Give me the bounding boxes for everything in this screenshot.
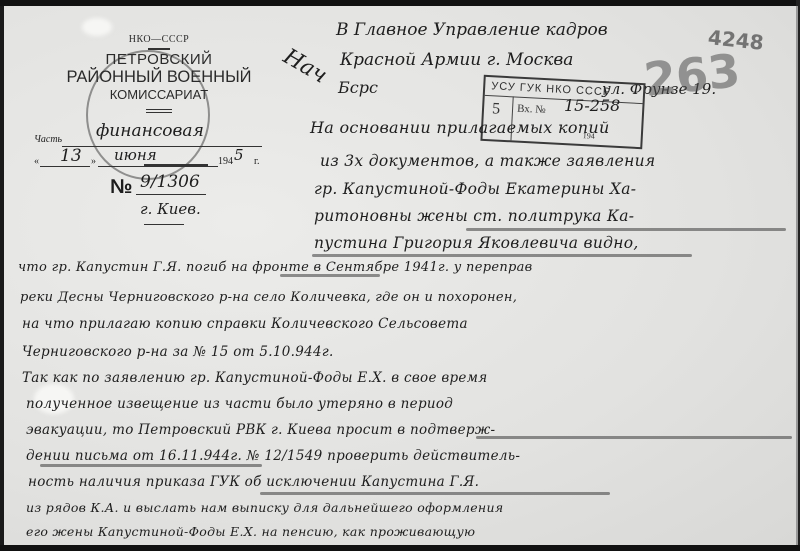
body-line-2: из 3х документов, а также заявления <box>320 152 656 170</box>
stamp-section: 5 <box>492 100 501 118</box>
body-line-6: что гр. Капустин Г.Я. погиб на фронте в … <box>18 260 533 275</box>
body-line-10: Так как по заявлению гр. Капустиной-Фоды… <box>22 370 487 386</box>
pencil-underline <box>466 228 786 231</box>
body-line-9: Черниговского р-на за № 15 от 5.10.944г. <box>22 344 334 360</box>
registration-stamp: УСУ ГУК НКО СССР 5 Вх. № 194 <box>480 75 645 149</box>
date-month: июня <box>114 146 157 164</box>
date-suffix: г. <box>254 156 259 167</box>
body-line-1: На основании прилагаемых копий <box>310 118 610 137</box>
body-line-14: ность наличия приказа ГУК об исключении … <box>28 474 479 490</box>
body-line-15: из рядов К.А. и выслать нам выписку для … <box>26 500 503 515</box>
body-line-4: ритоновны жены ст. политрука Ка- <box>314 207 634 225</box>
letterhead-org: НКО—СССР <box>44 34 274 45</box>
stamp-ex-value: 15-258 <box>564 96 620 115</box>
number-value: 9/1306 <box>140 172 200 192</box>
body-line-8: на что прилагаю копию справки Количевско… <box>22 316 468 332</box>
part-label: Часть <box>34 134 62 145</box>
body-line-11: полученное извещение из части было утеря… <box>26 396 453 412</box>
pencil-underline <box>40 464 262 467</box>
date-month-line <box>98 166 218 167</box>
pencil-number-large: 263 <box>641 43 742 107</box>
letterhead-line2: РАЙОННЫЙ ВОЕННЫЙ <box>44 68 274 86</box>
number-top-rule <box>144 164 208 166</box>
number-label: № <box>110 176 132 199</box>
date-quote-open: « <box>34 156 39 167</box>
date-year-hand: 5 <box>234 146 244 164</box>
stamp-ex-label: Вх. № <box>517 103 546 116</box>
document-sheet: НКО—СССР ПЕТРОВСКИЙ РАЙОННЫЙ ВОЕННЫЙ КОМ… <box>4 6 798 546</box>
date-quote-close: » <box>91 156 96 167</box>
body-line-12: эвакуации, то Петровский РВК г. Киева пр… <box>26 422 495 438</box>
pencil-underline <box>312 254 692 257</box>
part-value: финансовая <box>96 121 204 141</box>
addressee-note: Бсрс <box>338 78 378 97</box>
place-underline <box>144 224 184 225</box>
body-line-16: его жены Капустиной-Фоды Е.Х. на пенсию,… <box>26 524 475 539</box>
number-line <box>136 194 206 195</box>
pencil-underline <box>280 274 380 277</box>
addressee-line1: В Главное Управление кадров <box>336 20 608 40</box>
body-line-5: пустина Григория Яковлевича видно, <box>314 234 639 252</box>
place-value: г. Киев. <box>140 200 201 218</box>
date-day: 13 <box>60 146 82 166</box>
letterhead-rule <box>148 48 170 50</box>
pencil-underline <box>476 436 792 439</box>
letterhead: НКО—СССР ПЕТРОВСКИЙ РАЙОННЫЙ ВОЕННЫЙ КОМ… <box>44 34 274 118</box>
date-year-prefix: 194 <box>218 156 233 167</box>
body-line-13: дении письма от 16.11.944г. № 12/1549 пр… <box>26 448 520 464</box>
letterhead-line1: ПЕТРОВСКИЙ <box>44 52 274 68</box>
margin-note: Нач <box>279 44 331 89</box>
letterhead-double-rule <box>146 109 172 113</box>
pencil-underline <box>260 492 610 495</box>
date-day-line <box>40 166 90 167</box>
letterhead-line3: КОМИССАРИАТ <box>44 86 274 104</box>
body-line-3: гр. Капустиной-Фоды Екатерины Ха- <box>314 180 636 198</box>
body-line-7: реки Десны Черниговского р-на село Колич… <box>20 290 517 305</box>
scan-border-bottom <box>0 545 800 551</box>
part-field-line <box>62 146 262 147</box>
addressee-line2: Красной Армии г. Москва <box>340 50 573 70</box>
